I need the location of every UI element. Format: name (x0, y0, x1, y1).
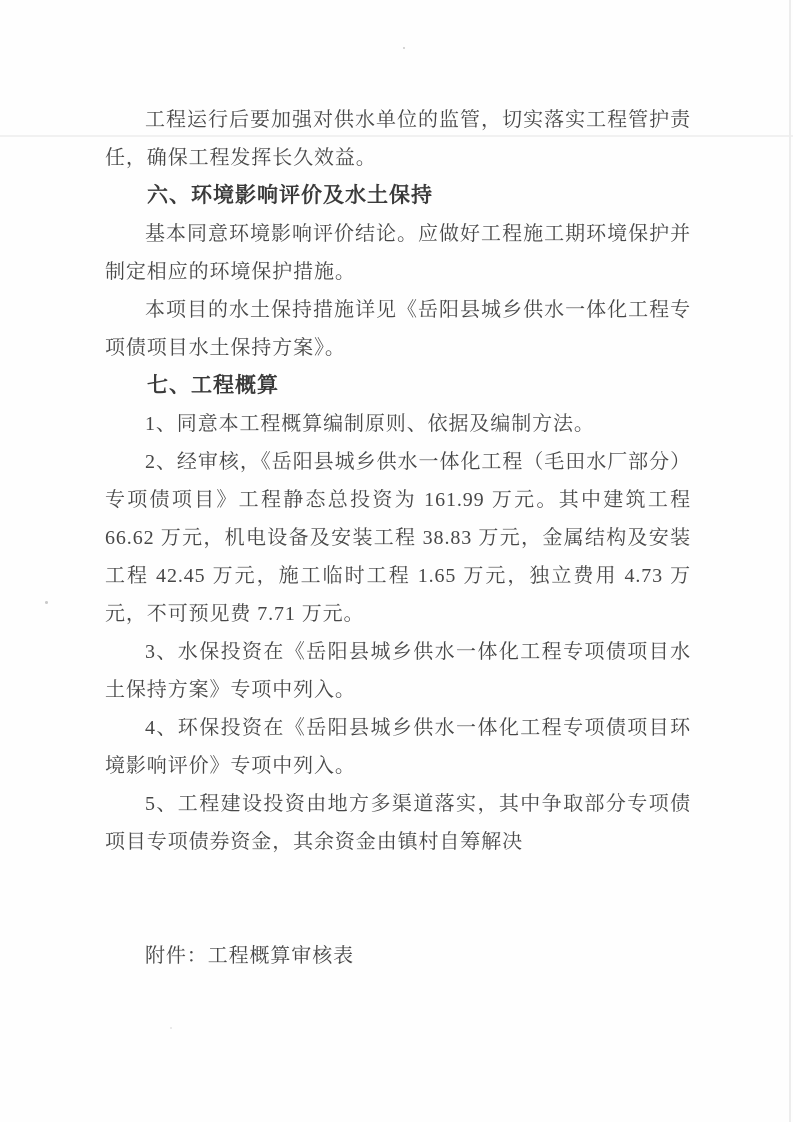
paragraph-budget-item-3-water-conservation: 3、水保投资在《岳阳县城乡供水一体化工程专项债项目水土保持方案》专项中列入。 (105, 633, 691, 709)
paragraph-environmental-conclusion: 基本同意环境影响评价结论。应做好工程施工期环境保护并制定相应的环境保护措施。 (105, 215, 691, 291)
section-heading-environmental-impact: 六、环境影响评价及水土保持 (105, 177, 691, 215)
section-heading-project-budget: 七、工程概算 (105, 367, 691, 405)
scan-speck (170, 1027, 172, 1029)
scan-speck (45, 601, 48, 604)
document-body: 工程运行后要加强对供水单位的监管，切实落实工程管护责任，确保工程发挥长久效益。 … (105, 101, 691, 975)
paragraph-budget-item-1: 1、同意本工程概算编制原则、依据及编制方法。 (105, 405, 691, 443)
paragraph-soil-water-conservation: 本项目的水土保持措施详见《岳阳县城乡供水一体化工程专项债项目水土保持方案》。 (105, 291, 691, 367)
paragraph-operation-supervision: 工程运行后要加强对供水单位的监管，切实落实工程管护责任，确保工程发挥长久效益。 (105, 101, 691, 177)
scan-speck (403, 47, 405, 49)
paragraph-budget-item-4-environmental: 4、环保投资在《岳阳县城乡供水一体化工程专项债项目环境影响评价》专项中列入。 (105, 709, 691, 785)
attachment-note: 附件：工程概算审核表 (105, 937, 691, 975)
paragraph-budget-item-2-investment-figures: 2、经审核，《岳阳县城乡供水一体化工程（毛田水厂部分）专项债项目》工程静态总投资… (105, 443, 691, 633)
scan-artifact-vertical-line (789, 0, 791, 1122)
document-page: 工程运行后要加强对供水单位的监管，切实落实工程管护责任，确保工程发挥长久效益。 … (0, 0, 793, 1122)
paragraph-budget-item-5-funding: 5、工程建设投资由地方多渠道落实，其中争取部分专项债项目专项债券资金，其余资金由… (105, 785, 691, 861)
